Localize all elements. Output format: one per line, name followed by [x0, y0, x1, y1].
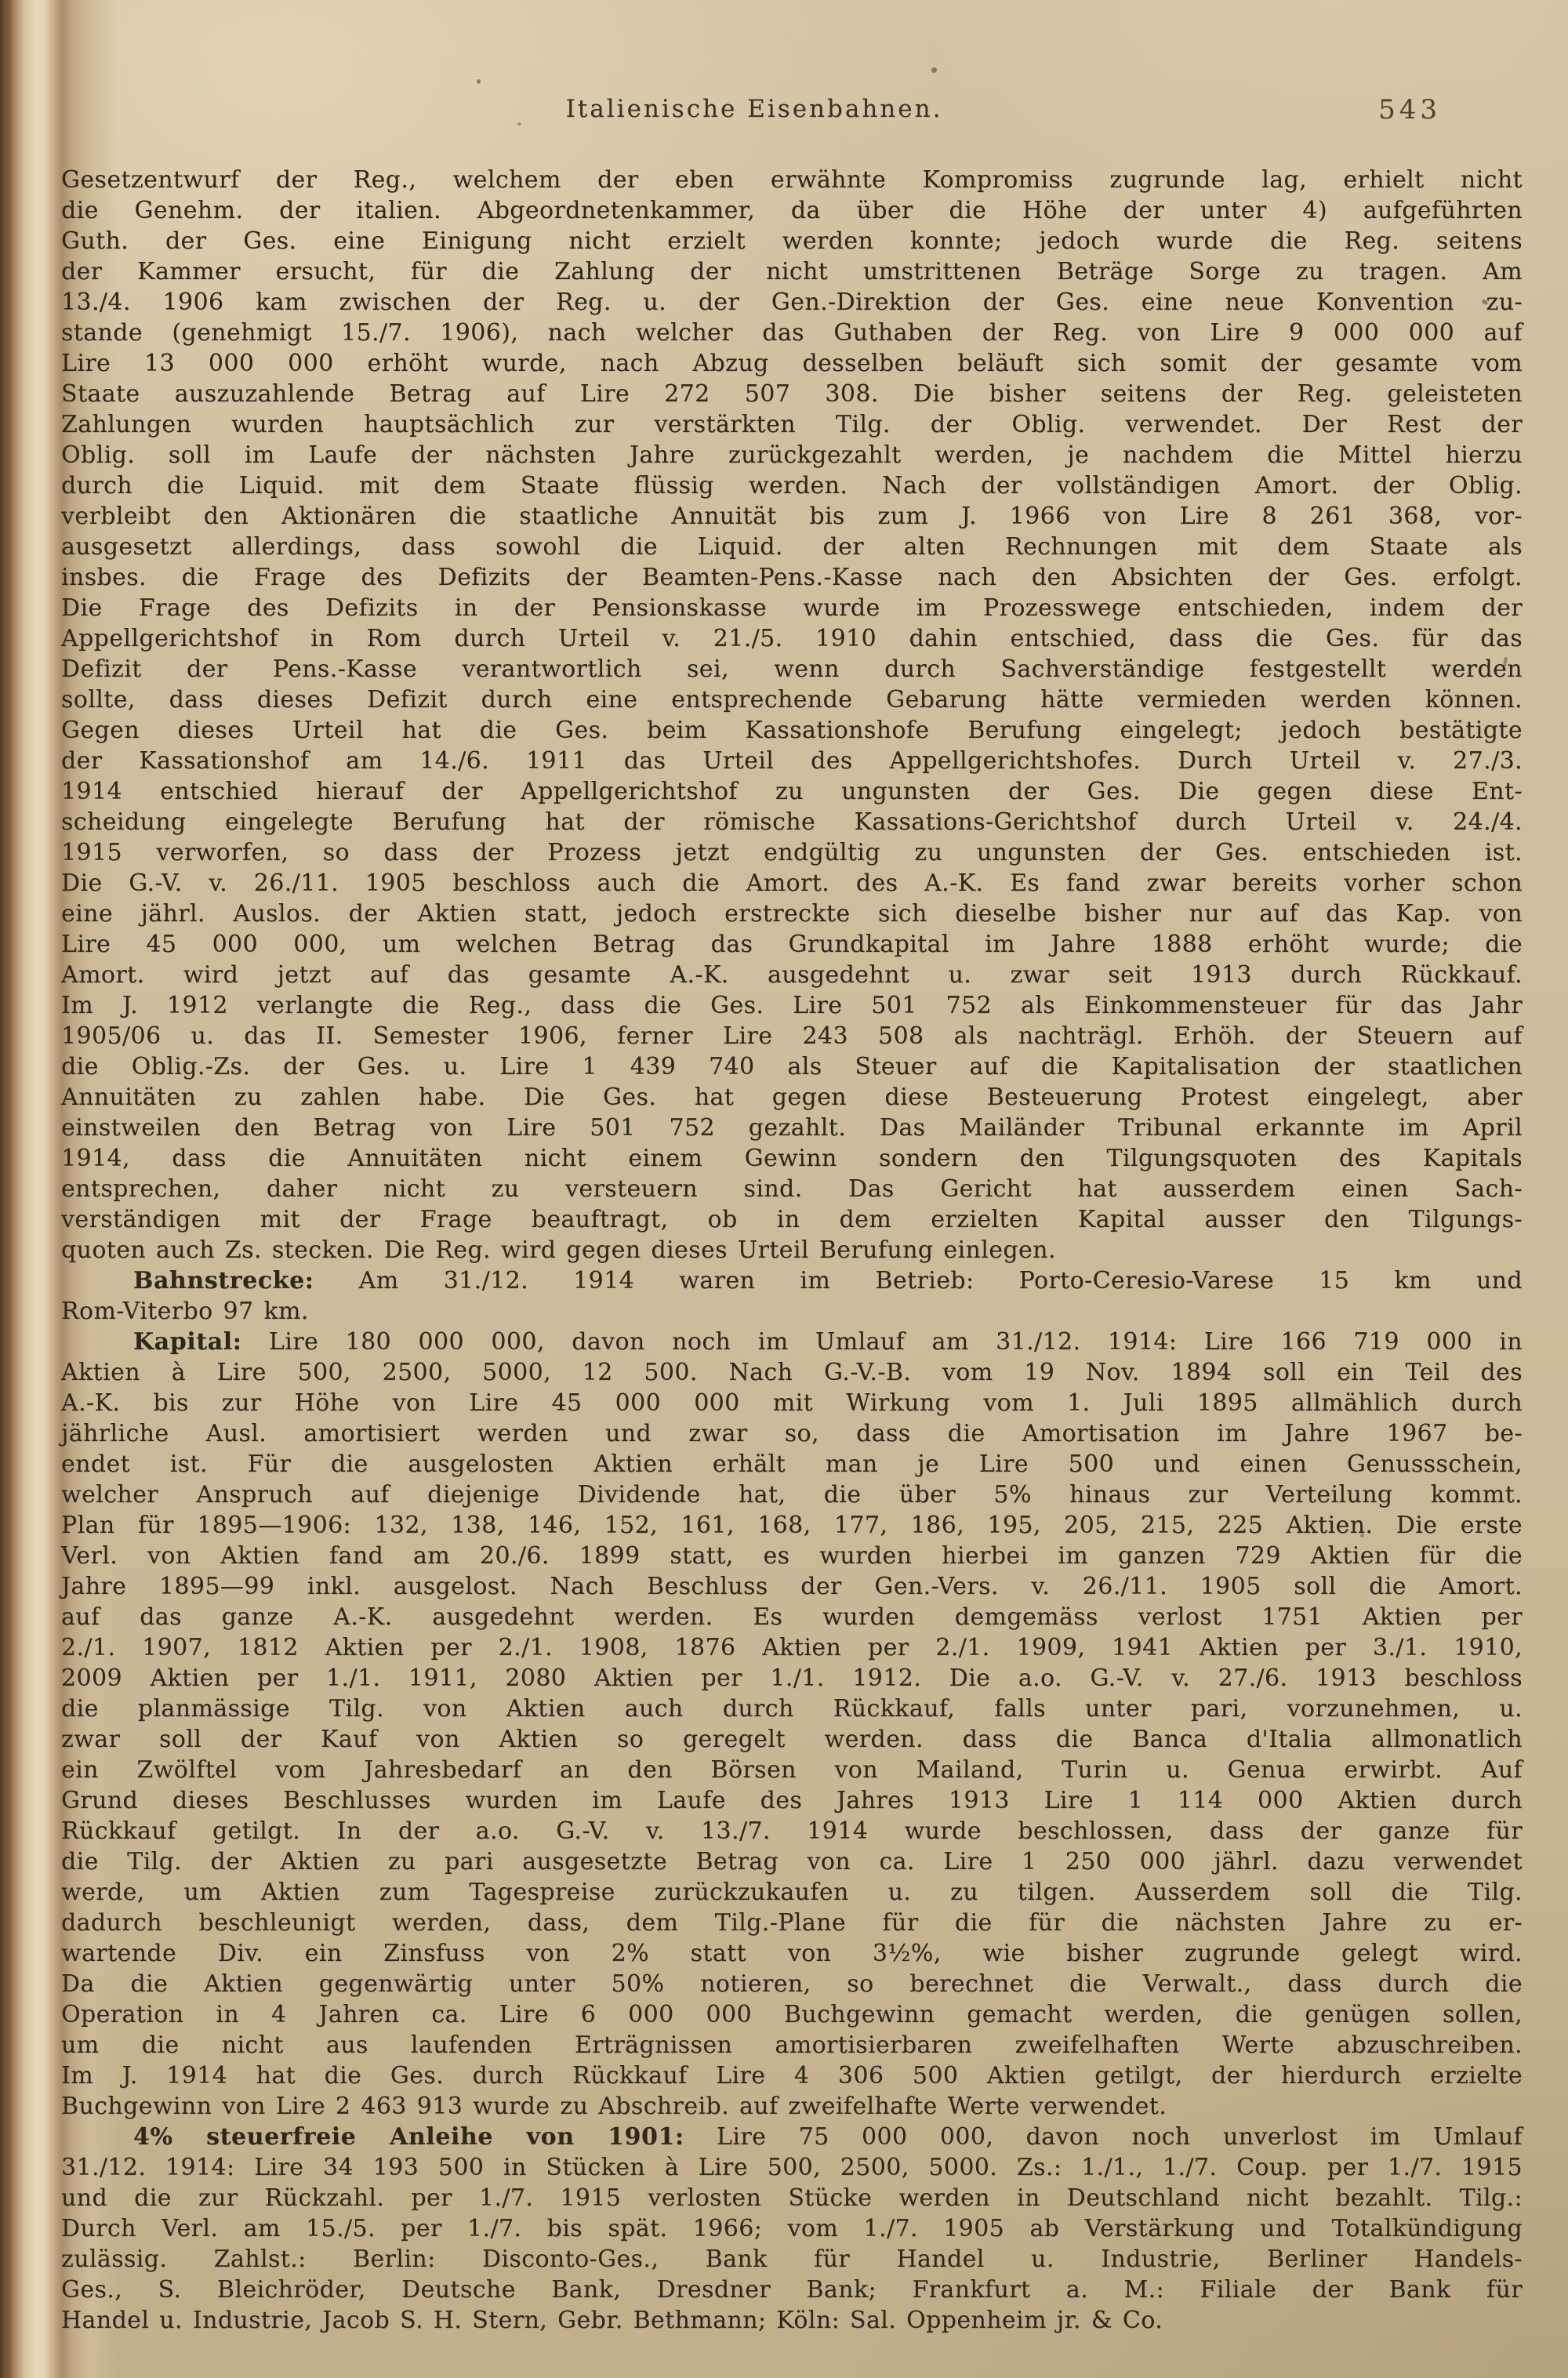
text-line: einstweilen den Betrag von Lire 501 752 …	[61, 1113, 1523, 1143]
text-line: 2009 Aktien per 1./1. 1911, 2080 Aktien …	[61, 1663, 1523, 1694]
text-line: zwar soll der Kauf von Aktien so geregel…	[61, 1724, 1523, 1755]
text-line: Durch Verl. am 15./5. per 1./7. bis spät…	[61, 2213, 1523, 2244]
text-line: Guth. der Ges. eine Einigung nicht erzie…	[61, 226, 1523, 256]
text-line: Jahre 1895—99 inkl. ausgelost. Nach Besc…	[61, 1571, 1523, 1602]
paper-speck	[931, 67, 937, 73]
text-line: 4% steuerfreie Anleihe von 1901: Lire 75…	[61, 2122, 1523, 2152]
text-line: Die Frage des Defizits in der Pensionska…	[61, 593, 1523, 623]
bold-lead: Bahnstrecke:	[133, 1267, 314, 1294]
page-header: Italienische Eisenbahnen. 543	[61, 96, 1523, 132]
text-line: entsprechen, daher nicht zu versteuern s…	[61, 1174, 1523, 1204]
text-line: ausgesetzt allerdings, dass sowohl die L…	[61, 532, 1523, 562]
text-line: 2./1. 1907, 1812 Aktien per 2./1. 1908, …	[61, 1632, 1523, 1663]
text-line: Annuitäten zu zahlen habe. Die Ges. hat …	[61, 1082, 1523, 1113]
text-line: verständigen mit der Frage beauftragt, o…	[61, 1204, 1523, 1235]
book-page: Italienische Eisenbahnen. 543 Gesetzentw…	[0, 0, 1568, 2378]
text-line: 1914, dass die Annuitäten nicht einem Ge…	[61, 1143, 1523, 1174]
paragraph: Gesetzentwurf der Reg., welchem der eben…	[61, 165, 1523, 1265]
text-line: ein Zwölftel vom Jahresbedarf an den Bör…	[61, 1755, 1523, 1785]
text-line: werde, um Aktien zum Tagespreise zurückz…	[61, 1877, 1523, 1908]
text-line: Kapital: Lire 180 000 000, davon noch im…	[61, 1327, 1523, 1357]
text-line: auf das ganze A.-K. ausgedehnt werden. E…	[61, 1602, 1523, 1632]
paper-speck	[477, 79, 481, 84]
text-line: und die zur Rückzahl. per 1./7. 1915 ver…	[61, 2183, 1523, 2213]
text-line: Lire 13 000 000 erhöht wurde, nach Abzug…	[61, 348, 1523, 379]
paragraph: 4% steuerfreie Anleihe von 1901: Lire 75…	[61, 2122, 1523, 2336]
text-line: durch die Liquid. mit dem Staate flüssig…	[61, 470, 1523, 501]
text-line: quoten auch Zs. stecken. Die Reg. wird g…	[61, 1235, 1523, 1265]
text-line: A.-K. bis zur Höhe von Lire 45 000 000 m…	[61, 1388, 1523, 1418]
text-line: Bahnstrecke: Am 31./12. 1914 waren im Be…	[61, 1265, 1523, 1296]
running-title: Italienische Eisenbahnen.	[566, 96, 943, 122]
text-line: Rückkauf getilgt. In der a.o. G.-V. v. 1…	[61, 1816, 1523, 1846]
text-line: Handel u. Industrie, Jacob S. H. Stern, …	[61, 2305, 1523, 2336]
text-line: wartende Div. ein Zinsfuss von 2% statt …	[61, 1938, 1523, 1969]
text-line: eine jährl. Auslos. der Aktien statt, je…	[61, 899, 1523, 929]
text-line: Appellgerichtshof in Rom durch Urteil v.…	[61, 623, 1523, 654]
text-line: endet ist. Für die ausgelosten Aktien er…	[61, 1449, 1523, 1479]
text-line: sollte, dass dieses Defizit durch eine e…	[61, 684, 1523, 715]
text-line: der Kammer ersucht, für die Zahlung der …	[61, 256, 1523, 287]
text-line: 1915 verworfen, so dass der Prozess jetz…	[61, 837, 1523, 868]
text-line: 1914 entschied hierauf der Appellgericht…	[61, 776, 1523, 807]
text-line: die planmässige Tilg. von Aktien auch du…	[61, 1694, 1523, 1724]
text-line: die Tilg. der Aktien zu pari ausgesetzte…	[61, 1846, 1523, 1877]
text-line: Staate auszuzahlende Betrag auf Lire 272…	[61, 379, 1523, 409]
text-line: um die nicht aus laufenden Erträgnissen …	[61, 2030, 1523, 2060]
paragraph: Kapital: Lire 180 000 000, davon noch im…	[61, 1327, 1523, 2122]
text-line: scheidung eingelegte Berufung hat der rö…	[61, 807, 1523, 837]
text-line: stande (genehmigt 15./7. 1906), nach wel…	[61, 318, 1523, 348]
page-number: 543	[1378, 94, 1441, 125]
bold-lead: 4% steuerfreie Anleihe von 1901:	[133, 2123, 684, 2151]
paragraph: Bahnstrecke: Am 31./12. 1914 waren im Be…	[61, 1265, 1523, 1327]
text-line: Gesetzentwurf der Reg., welchem der eben…	[61, 165, 1523, 195]
text-line: Im J. 1914 hat die Ges. durch Rückkauf L…	[61, 2060, 1523, 2091]
text-line: zulässig. Zahlst.: Berlin: Disconto-Ges.…	[61, 2244, 1523, 2275]
text-line: Verl. von Aktien fand am 20./6. 1899 sta…	[61, 1541, 1523, 1571]
text-line: Aktien à Lire 500, 2500, 5000, 12 500. N…	[61, 1357, 1523, 1388]
text-line: Oblig. soll im Laufe der nächsten Jahre …	[61, 440, 1523, 470]
text-line: Operation in 4 Jahren ca. Lire 6 000 000…	[61, 1999, 1523, 2030]
text-line: welcher Anspruch auf diejenige Dividende…	[61, 1479, 1523, 1510]
bold-lead: Kapital:	[133, 1328, 241, 1356]
text-line: die Oblig.-Zs. der Ges. u. Lire 1 439 74…	[61, 1051, 1523, 1082]
text-line: verbleibt den Aktionären die staatliche …	[61, 501, 1523, 532]
text-line: Die G.-V. v. 26./11. 1905 beschloss auch…	[61, 868, 1523, 899]
text-line: 31./12. 1914: Lire 34 193 500 in Stücken…	[61, 2152, 1523, 2183]
text-line: Lire 45 000 000, um welchen Betrag das G…	[61, 929, 1523, 960]
text-line: jährliche Ausl. amortisiert werden und z…	[61, 1418, 1523, 1449]
text-block: Gesetzentwurf der Reg., welchem der eben…	[61, 165, 1523, 2336]
text-line: 1905/06 u. das II. Semester 1906, ferner…	[61, 1021, 1523, 1051]
text-line: dadurch beschleunigt werden, dass, dem T…	[61, 1908, 1523, 1938]
text-line: der Kassationshof am 14./6. 1911 das Urt…	[61, 746, 1523, 776]
text-line: die Genehm. der italien. Abgeordnetenkam…	[61, 195, 1523, 226]
text-line: 13./4. 1906 kam zwischen der Reg. u. der…	[61, 287, 1523, 318]
text-line: Grund dieses Beschlusses wurden im Laufe…	[61, 1785, 1523, 1816]
text-line: Zahlungen wurden hauptsächlich zur verst…	[61, 409, 1523, 440]
text-line: Amort. wird jetzt auf das gesamte A.-K. …	[61, 960, 1523, 990]
text-line: Im J. 1912 verlangte die Reg., dass die …	[61, 990, 1523, 1021]
text-line: Ges., S. Bleichröder, Deutsche Bank, Dre…	[61, 2275, 1523, 2305]
text-line: Gegen dieses Urteil hat die Ges. beim Ka…	[61, 715, 1523, 746]
text-line: Defizit der Pens.-Kasse verantwortlich s…	[61, 654, 1523, 684]
text-line: insbes. die Frage des Defizits der Beamt…	[61, 562, 1523, 593]
text-line: Rom-Viterbo 97 km.	[61, 1296, 1523, 1327]
text-line: Buchgewinn von Lire 2 463 913 wurde zu A…	[61, 2091, 1523, 2122]
text-line: Plan für 1895—1906: 132, 138, 146, 152, …	[61, 1510, 1523, 1541]
text-line: Da die Aktien gegenwärtig unter 50% noti…	[61, 1969, 1523, 1999]
